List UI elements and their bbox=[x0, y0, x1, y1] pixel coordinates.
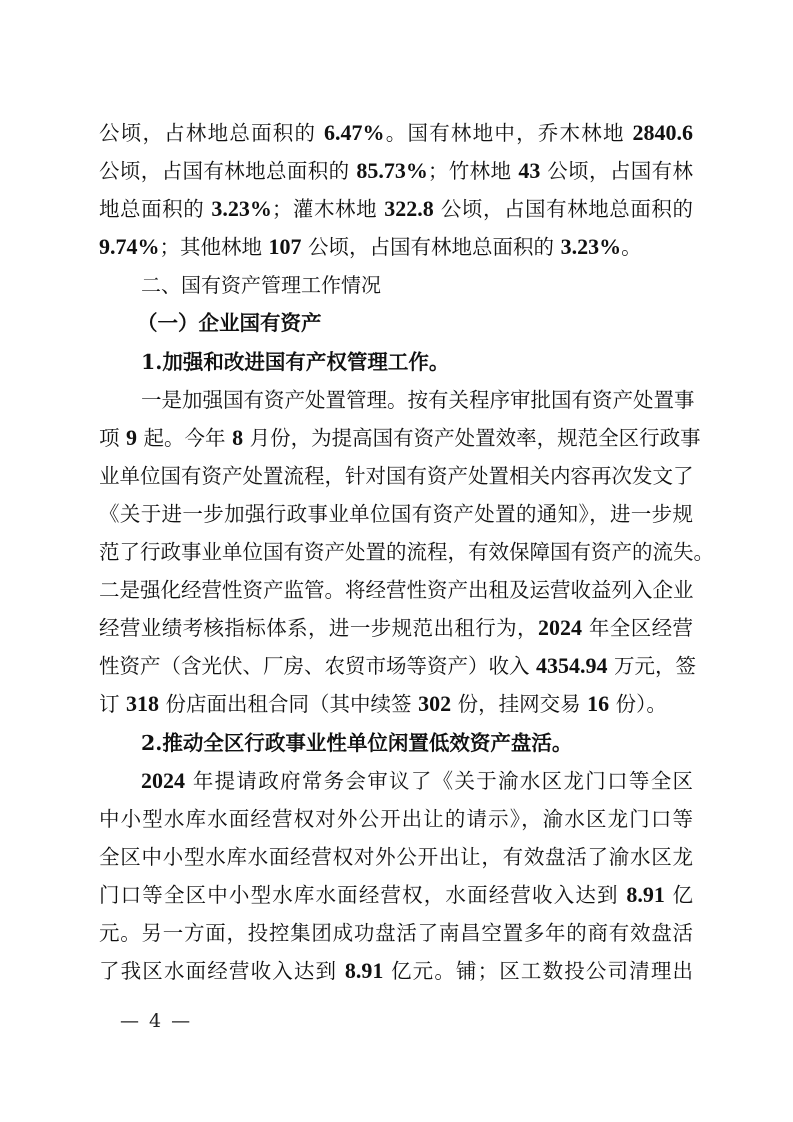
text-run: 经营业绩考核指标体系，进一步规范出租行为， bbox=[99, 616, 538, 640]
text-run: ；竹林地 bbox=[428, 159, 518, 183]
text-line: 2024 年提请政府常务会审议了《关于渝水区龙门口等全区 bbox=[99, 762, 693, 800]
bold-figure: 4354.94 bbox=[536, 653, 608, 678]
text-line: 项 9 起。今年 8 月份，为提高国有资产处置效率，规范全区行政事 bbox=[99, 419, 693, 457]
text-run: 门口等全区中小型水库水面经营权，水面经营收入达到 bbox=[99, 883, 626, 907]
text-run: 公顷，占林地总面积的 bbox=[99, 121, 324, 145]
bold-figure: 6.47% bbox=[324, 120, 385, 145]
text-run: 业单位国有资产处置流程，针对国有资产处置相关内容再次发文了 bbox=[99, 464, 694, 488]
text-run: ；灌木林地 bbox=[272, 197, 384, 221]
text-line: 范了行政事业单位国有资产处置的流程，有效保障国有资产的流失。 bbox=[99, 533, 693, 571]
document-page: 公顷，占林地总面积的 6.47%。国有林地中，乔木林地 2840.6公顷，占国有… bbox=[0, 0, 793, 1122]
text-line: 二是强化经营性资产监管。将经营性资产出租及运营收益列入企业 bbox=[99, 571, 693, 609]
section-heading: 二、国有资产管理工作情况 bbox=[99, 266, 693, 304]
text-run: 亿 bbox=[665, 883, 693, 907]
text-run: 万元，签 bbox=[608, 654, 697, 678]
text-run: 月份，为提高国有资产处置效率，规范全区行政事 bbox=[243, 426, 701, 450]
text-run: 中小型水库水面经营权对外公开出让的请示》，渝水区龙门口等 bbox=[99, 807, 693, 831]
paragraph-property-management: 一是加强国有资产处置管理。按有关程序审批国有资产处置事项 9 起。今年 8 月份… bbox=[99, 381, 693, 724]
bold-figure: 322.8 bbox=[384, 196, 434, 221]
bold-figure: 3.23% bbox=[211, 196, 272, 221]
bold-figure: 318 bbox=[126, 691, 159, 716]
bold-figure: 9.74% bbox=[99, 234, 160, 259]
text-run: 《关于进一步加强行政事业单位国有资产处置的通知》，进一步规 bbox=[99, 502, 693, 526]
text-line: 元。另一方面，投控集团成功盘活了南昌空置多年的商有效盘活 bbox=[99, 914, 693, 952]
bold-figure: 43 bbox=[518, 158, 540, 183]
bold-figure: 16 bbox=[587, 691, 609, 716]
text-line: 性资产（含光伏、厂房、农贸市场等资产）收入 4354.94 万元，签 bbox=[99, 647, 693, 685]
bold-figure: 2840.6 bbox=[632, 120, 693, 145]
text-line: 业单位国有资产处置流程，针对国有资产处置相关内容再次发文了 bbox=[99, 457, 693, 495]
item2-heading: 2.推动全区行政事业性单位闲置低效资产盘活。 bbox=[99, 724, 693, 762]
text-line: 公顷，占林地总面积的 6.47%。国有林地中，乔木林地 2840.6 bbox=[99, 114, 693, 152]
text-run: 年提请政府常务会审议了《关于渝水区龙门口等全区 bbox=[185, 769, 693, 793]
text-run: 订 bbox=[99, 692, 126, 716]
item1-heading: 1.加强和改进国有产权管理工作。 bbox=[99, 343, 693, 381]
text-run: 地总面积的 bbox=[99, 197, 211, 221]
text-line: 一是加强国有资产处置管理。按有关程序审批国有资产处置事 bbox=[99, 381, 693, 419]
bold-figure: 8 bbox=[232, 425, 243, 450]
text-run: 了我区水面经营收入达到 bbox=[99, 959, 345, 983]
text-line: 地总面积的 3.23%；灌木林地 322.8 公顷，占国有林地总面积的 bbox=[99, 190, 693, 228]
bold-figure: 2024 bbox=[538, 615, 582, 640]
text-run: 元。另一方面，投控集团成功盘活了南昌空置多年的商有效盘活 bbox=[99, 921, 693, 945]
text-run: 公顷，占国有林地总面积的 bbox=[99, 159, 356, 183]
text-line: 公顷，占国有林地总面积的 85.73%；竹林地 43 公顷，占国有林 bbox=[99, 152, 693, 190]
bold-figure: 8.91 bbox=[626, 882, 665, 907]
text-run: 项 bbox=[99, 426, 126, 450]
text-run: 公顷，占国有林地总面积的 bbox=[302, 235, 561, 259]
text-run: 。国有林地中，乔木林地 bbox=[385, 121, 633, 145]
text-line: 9.74%；其他林地 107 公顷，占国有林地总面积的 3.23%。 bbox=[99, 228, 693, 266]
text-run: 一是加强国有资产处置管理。按有关程序审批国有资产处置事 bbox=[141, 388, 695, 412]
text-run: 范了行政事业单位国有资产处置的流程，有效保障国有资产的流失。 bbox=[99, 540, 714, 564]
text-line: 全区中小型水库水面经营权对外公开出让，有效盘活了渝水区龙 bbox=[99, 838, 693, 876]
text-line: 订 318 份店面出租合同（其中续签 302 份，挂网交易 16 份）。 bbox=[99, 685, 693, 723]
text-run: 亿元。铺；区工数投公司清理出 bbox=[383, 959, 693, 983]
text-run: 二是强化经营性资产监管。将经营性资产出租及运营收益列入企业 bbox=[99, 578, 694, 602]
text-run: 公顷，占国有林地总面积的 bbox=[434, 197, 693, 221]
text-line: 中小型水库水面经营权对外公开出让的请示》，渝水区龙门口等 bbox=[99, 800, 693, 838]
text-run: 份）。 bbox=[609, 692, 667, 716]
text-run: 份，挂网交易 bbox=[451, 692, 587, 716]
text-run: 份店面出租合同（其中续签 bbox=[159, 692, 418, 716]
text-line: 经营业绩考核指标体系，进一步规范出租行为，2024 年全区经营 bbox=[99, 609, 693, 647]
text-run: 年全区经营 bbox=[582, 616, 693, 640]
text-line: 《关于进一步加强行政事业单位国有资产处置的通知》，进一步规 bbox=[99, 495, 693, 533]
paragraph-forest-area: 公顷，占林地总面积的 6.47%。国有林地中，乔木林地 2840.6公顷，占国有… bbox=[99, 114, 693, 266]
page-number: — 4 — bbox=[120, 1010, 192, 1032]
subsection-heading: （一）企业国有资产 bbox=[99, 304, 693, 342]
text-run: 起。今年 bbox=[137, 426, 232, 450]
paragraph-idle-assets: 2024 年提请政府常务会审议了《关于渝水区龙门口等全区中小型水库水面经营权对外… bbox=[99, 762, 693, 991]
bold-figure: 107 bbox=[269, 234, 302, 259]
text-run: 全区中小型水库水面经营权对外公开出让，有效盘活了渝水区龙 bbox=[99, 845, 693, 869]
text-run: 。 bbox=[621, 235, 642, 259]
text-run: ；其他林地 bbox=[160, 235, 269, 259]
document-body: 公顷，占林地总面积的 6.47%。国有林地中，乔木林地 2840.6公顷，占国有… bbox=[99, 114, 693, 990]
bold-figure: 2024 bbox=[141, 768, 185, 793]
text-line: 门口等全区中小型水库水面经营权，水面经营收入达到 8.91 亿 bbox=[99, 876, 693, 914]
text-run: 公顷，占国有林 bbox=[540, 159, 693, 183]
bold-figure: 302 bbox=[418, 691, 451, 716]
text-run: 性资产（含光伏、厂房、农贸市场等资产）收入 bbox=[99, 654, 536, 678]
bold-figure: 85.73% bbox=[356, 158, 428, 183]
bold-figure: 8.91 bbox=[345, 958, 384, 983]
text-line: 了我区水面经营收入达到 8.91 亿元。铺；区工数投公司清理出 bbox=[99, 952, 693, 990]
bold-figure: 3.23% bbox=[561, 234, 622, 259]
bold-figure: 9 bbox=[126, 425, 137, 450]
